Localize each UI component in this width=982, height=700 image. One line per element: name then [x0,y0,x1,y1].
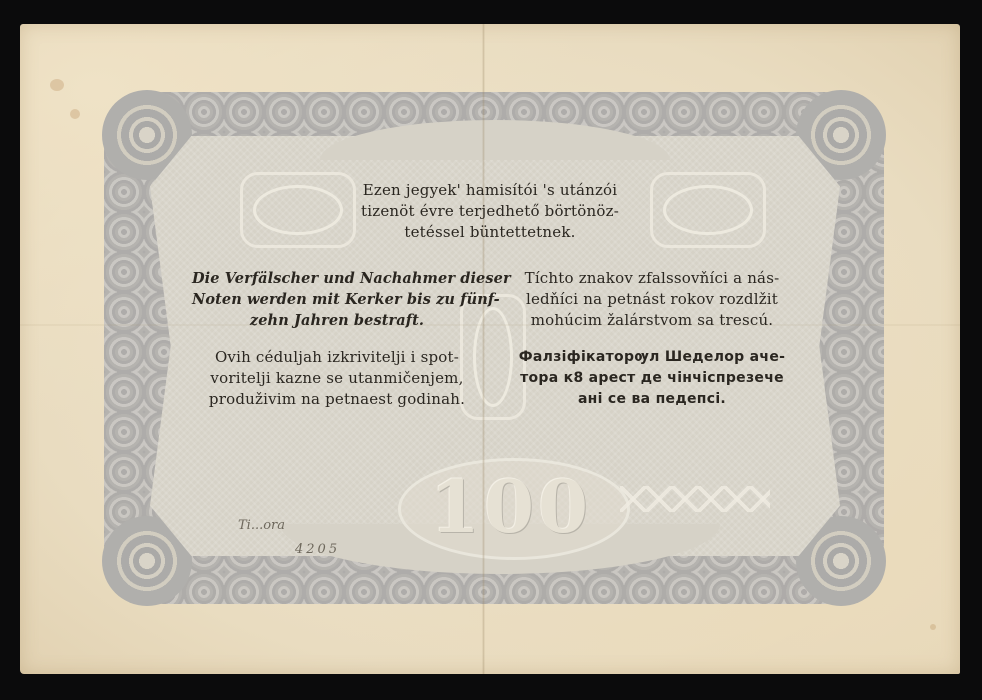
warning-line: Фалзіфікаторѹл Шеделор аче- [507,347,797,368]
warning-line: тора к8 арест де чінчіспрезече [507,368,797,389]
warning-line: Die Verfälscher und Nachahmer dieser [192,268,482,289]
warning-line: ledňíci na petnást rokov rozdlžit [507,289,797,310]
warning-line: zehn Jahren bestraft. [192,310,482,331]
warning-line: tetéssel büntettetnek. [340,222,640,243]
knot-ornament [650,172,766,248]
warning-line: mohúcim žalárstvom sa trescú. [507,310,797,331]
banknote: 100 [20,24,960,674]
warning-croatian: Ovih céduljah izkrivitelji i spot- vorit… [192,347,482,410]
warning-slovak: Tíchto znakov zfalssovňíci a nás- ledňíc… [507,268,797,331]
warning-line: Tíchto znakov zfalssovňíci a nás- [507,268,797,289]
warning-line: Ezen jegyek' hamisítói 's utánzói [340,180,640,201]
handwritten-mark: Ti...ora [238,518,285,533]
warning-hungarian: Ezen jegyek' hamisítói 's utánzói tizenö… [340,180,640,243]
warning-german: Die Verfälscher und Nachahmer dieser Not… [192,268,482,331]
warning-romanian-cyrillic: Фалзіфікаторѹл Шеделор аче- тора к8 арес… [507,347,797,410]
warning-line: Noten werden mit Kerker bis zu fünf- [192,289,482,310]
stain [930,624,936,630]
warning-line: ані се ва педепсі. [507,389,797,410]
handwritten-number: 4205 [295,542,340,557]
stain [50,79,64,91]
denomination-numeral: 100 [398,462,624,552]
vertical-fold [482,24,485,674]
warning-line: tizenöt évre terjedhető börtönöz- [340,201,640,222]
zigzag-ornament [620,486,770,512]
warning-line: voritelji kazne se utanmičenjem, [192,368,482,389]
knot-ornament [240,172,356,248]
stain [70,109,80,119]
warning-line: produživim na petnaest godinah. [192,389,482,410]
horizontal-fold [20,324,960,326]
warning-line: Ovih céduljah izkrivitelji i spot- [192,347,482,368]
